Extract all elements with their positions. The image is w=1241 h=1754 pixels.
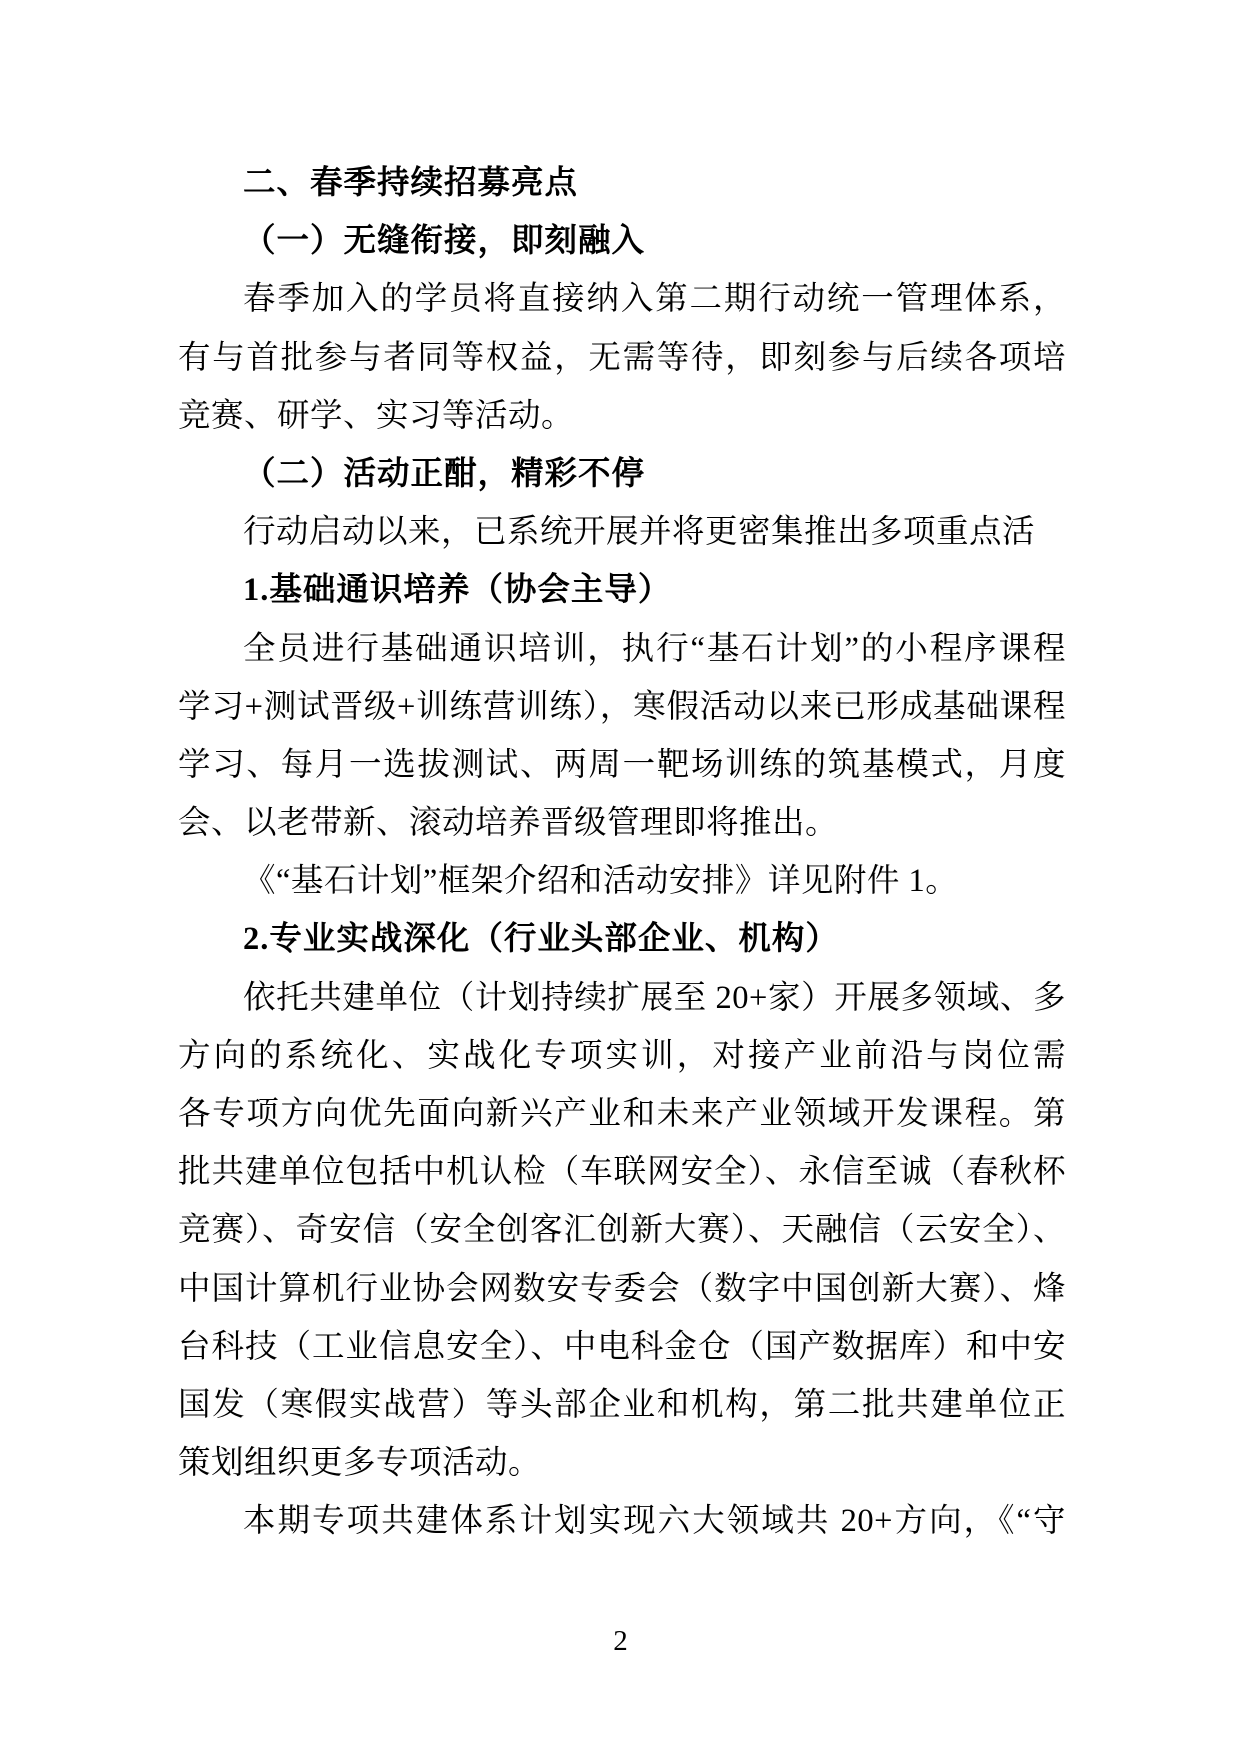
heading-line: （二）活动正酣，精彩不停 [178, 445, 1066, 503]
body-line: 有与首批参与者同等权益，无需等待，即刻参与后续各项培训、 [178, 329, 1066, 387]
body-line: 批共建单位包括中机认检（车联网安全）、永信至诚（春秋杯 [178, 1143, 1066, 1201]
document-body: 二、春季持续招募亮点（一）无缝衔接，即刻融入春季加入的学员将直接纳入第二期行动统… [178, 154, 1066, 1551]
heading-line: 二、春季持续招募亮点 [178, 154, 1066, 212]
body-line: 竞赛、研学、实习等活动。 [178, 387, 1066, 445]
body-line: 国发（寒假实战营）等头部企业和机构，第二批共建单位正在 [178, 1376, 1066, 1434]
heading-line: 2.专业实战深化（行业头部企业、机构） [178, 910, 1066, 968]
body-line: 本期专项共建体系计划实现六大领域共 20+方向，《“守 [178, 1492, 1066, 1550]
page-number: 2 [0, 1627, 1241, 1656]
body-line: 学习、每月一选拔测试、两周一靶场训练的筑基模式，月度班 [178, 736, 1066, 794]
body-line: 会、以老带新、滚动培养晋级管理即将推出。 [178, 794, 1066, 852]
body-line: 中国计算机行业协会网数安专委会（数字中国创新大赛）、烽 [178, 1260, 1066, 1318]
body-line: 行动启动以来，已系统开展并将更密集推出多项重点活动: [178, 503, 1066, 561]
body-line: 学习+测试晋级+训练营训练），寒假活动以来已形成基础课程 [178, 678, 1066, 736]
body-line: 方向的系统化、实战化专项实训，对接产业前沿与岗位需求。 [178, 1027, 1066, 1085]
body-line: 《“基石计划”框架介绍和活动安排》详见附件 1。 [178, 852, 1066, 910]
heading-line: （一）无缝衔接，即刻融入 [178, 212, 1066, 270]
heading-line: 1.基础通识培养（协会主导） [178, 561, 1066, 619]
body-line: 春季加入的学员将直接纳入第二期行动统一管理体系，享 [178, 270, 1066, 328]
body-line: 全员进行基础通识培训，执行“基石计划”的小程序课程 [178, 620, 1066, 678]
body-line: 台科技（工业信息安全）、中电科金仓（国产数据库）和中安 [178, 1318, 1066, 1376]
body-line: 策划组织更多专项活动。 [178, 1434, 1066, 1492]
body-line: 各专项方向优先面向新兴产业和未来产业领域开发课程。第一 [178, 1085, 1066, 1143]
document-page: 二、春季持续招募亮点（一）无缝衔接，即刻融入春季加入的学员将直接纳入第二期行动统… [0, 0, 1241, 1754]
body-line: 竞赛）、奇安信（安全创客汇创新大赛）、天融信（云安全）、 [178, 1201, 1066, 1259]
body-line: 依托共建单位（计划持续扩展至 20+家）开展多领域、多 [178, 969, 1066, 1027]
